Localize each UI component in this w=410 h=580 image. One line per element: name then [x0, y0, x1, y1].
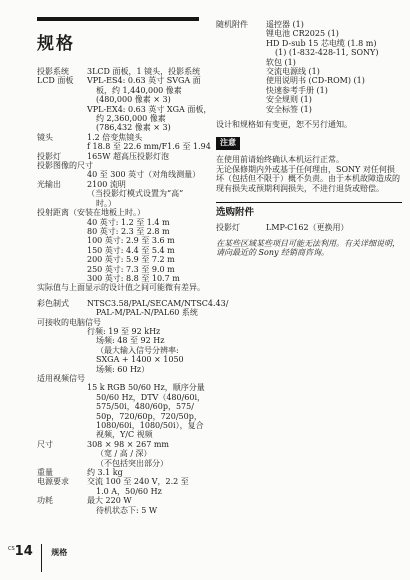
- spec-row: 可接收的电脑信号行频: 19 至 92 kHz场频: 48 至 92 Hz（最大…: [37, 318, 205, 374]
- spec-label: 功耗: [37, 496, 87, 515]
- footer-page-number: 14: [15, 544, 33, 558]
- spec-row: 投影灯LMP-C162（更换用）: [216, 223, 402, 232]
- spec-value-line: 安全规则 (1): [266, 95, 402, 104]
- spec-value-line: (480,000 像素 × 3): [87, 95, 205, 104]
- spec-row: 镜头1.2 倍变焦镜头f 18.8 至 22.6 mm/F1.6 至 1.94: [37, 133, 205, 152]
- spec-value-line: 40 至 300 英寸（对角线测量）: [87, 170, 205, 179]
- page-footer: CS 14 规格: [8, 544, 67, 572]
- spec-value-line: （不包括突出部分）: [87, 459, 205, 468]
- title-rule: [37, 17, 199, 21]
- spec-value-line: 快速参考手册 (1): [266, 86, 402, 95]
- spec-values: 15 k RGB 50/60 Hz，顺序分量50/60 Hz，DTV（480/6…: [87, 383, 205, 439]
- footer-section-title: 规格: [51, 544, 67, 558]
- spec-value-line: 50p，720/60p，720/50p，: [87, 412, 205, 421]
- spec-value-line: 视频，Y/C 视频: [87, 430, 205, 439]
- spec-value-line: 250 英寸: 7.3 至 9.0 m: [87, 265, 205, 274]
- spec-label: 适用视频信号: [37, 374, 205, 383]
- spec-label: 光输出: [37, 180, 87, 208]
- spec-values: 2100 流明（当投影灯模式设置为“高”时。）: [87, 180, 205, 208]
- spec-values: 3LCD 面板，1 镜头，投影系统: [87, 67, 205, 76]
- spec-value-line: 待机状态下: 5 W: [87, 506, 205, 515]
- spec-values: VPL-ES4: 0.63 英寸 SVGA 面板，约 1,440,000 像素(…: [87, 76, 205, 132]
- spec-value-line: 150 英寸: 4.4 至 5.4 m: [87, 246, 205, 255]
- spec-row: LCD 面板VPL-ES4: 0.63 英寸 SVGA 面板，约 1,440,0…: [37, 76, 205, 132]
- spec-value-line: 锂电池 CR2025 (1): [266, 29, 402, 38]
- page-title: 规格: [37, 29, 205, 54]
- left-column: 规格 投影系统3LCD 面板，1 镜头，投影系统LCD 面板VPL-ES4: 0…: [37, 17, 205, 515]
- spec-row: 光输出2100 流明（当投影灯模式设置为“高”时。）: [37, 180, 205, 208]
- spec-row: 随机附件遥控器 (1)锂电池 CR2025 (1)HD D-sub 15 芯电缆…: [216, 20, 402, 114]
- spec-values: 最大 220 W待机状态下: 5 W: [87, 496, 205, 515]
- page-columns: 规格 投影系统3LCD 面板，1 镜头，投影系统LCD 面板VPL-ES4: 0…: [0, 0, 410, 515]
- right-column: 随机附件遥控器 (1)锂电池 CR2025 (1)HD D-sub 15 芯电缆…: [216, 17, 402, 515]
- spec-value-line: 100 英寸: 2.9 至 3.6 m: [87, 236, 205, 245]
- spec-label: 投影系统: [37, 67, 87, 76]
- spec-row: 适用视频信号15 k RGB 50/60 Hz，顺序分量50/60 Hz，DTV…: [37, 374, 205, 440]
- spec-label: 尺寸: [37, 440, 87, 468]
- footer-language-code: CS: [8, 544, 15, 552]
- spec-row: 尺寸308 × 98 × 267 mm（宽 / 高 / 深）（不包括突出部分）: [37, 440, 205, 468]
- spec-value-line: 50/60 Hz，DTV（480/60i，: [87, 393, 205, 402]
- spec-row: 电源要求交流 100 至 240 V，2.2 至1.0 A，50/60 Hz: [37, 477, 205, 496]
- spec-value-line: 3LCD 面板，1 镜头，投影系统: [87, 67, 205, 76]
- spec-value-line: 80 英寸: 2.3 至 2.8 m: [87, 227, 205, 236]
- spec-value-line: 软包 (1): [266, 58, 402, 67]
- spec-value-line: (786,432 像素 × 3): [87, 123, 205, 132]
- spec-row: 功耗最大 220 W待机状态下: 5 W: [37, 496, 205, 515]
- spec-label: 投射距离（安装在地板上时。）: [37, 208, 205, 217]
- spec-value-line: 1.0 A，50/60 Hz: [87, 487, 205, 496]
- spec-label: 随机附件: [216, 20, 266, 114]
- spec-value-line: 1.2 倍变焦镜头: [87, 133, 205, 142]
- spec-value-line: f 18.8 至 22.6 mm/F1.6 至 1.94: [87, 142, 205, 151]
- spec-value-line: PAL-M/PAL-N/PAL60 系统: [87, 308, 205, 317]
- spec-values: 165W 超高压投影灯泡: [87, 152, 205, 161]
- spec-value-line: （最大输入信号分辨率:: [87, 346, 205, 355]
- spec-row: 彩色制式NTSC3.58/PAL/SECAM/NTSC4.43/PAL-M/PA…: [37, 299, 205, 318]
- note-badge: 注意: [216, 137, 240, 150]
- spec-label: 可接收的电脑信号: [37, 318, 205, 327]
- spec-label: 投影灯: [216, 223, 266, 232]
- spec-value-line: 遥控器 (1): [266, 20, 402, 29]
- spec-values: 1.2 倍变焦镜头f 18.8 至 22.6 mm/F1.6 至 1.94: [87, 133, 205, 152]
- spec-values: 308 × 98 × 267 mm（宽 / 高 / 深）（不包括突出部分）: [87, 440, 205, 468]
- spec-value-line: 575/50i，480/60p，575/: [87, 402, 205, 411]
- spec-value-line: 交流 100 至 240 V，2.2 至: [87, 477, 205, 486]
- spec-label: 彩色制式: [37, 299, 87, 318]
- spec-value-line: 时。）: [87, 199, 205, 208]
- spec-value-line: NTSC3.58/PAL/SECAM/NTSC4.43/: [87, 299, 205, 308]
- spec-value-line: 300 英寸: 8.8 至 10.7 m: [87, 274, 205, 283]
- spec-value-line: 安全标签 (1): [266, 105, 402, 114]
- spec-value-line: 165W 超高压投影灯泡: [87, 152, 205, 161]
- left-column-specs: 投影系统3LCD 面板，1 镜头，投影系统LCD 面板VPL-ES4: 0.63…: [37, 67, 205, 515]
- spec-row: 投影灯165W 超高压投影灯泡: [37, 152, 205, 161]
- spec-value-line: 40 英寸: 1.2 至 1.4 m: [87, 218, 205, 227]
- spec-value-line: 308 × 98 × 267 mm: [87, 440, 205, 449]
- spec-label: 镜头: [37, 133, 87, 152]
- spec-value-line: 场频: 60 Hz）: [87, 365, 205, 374]
- right-column-specs: 随机附件遥控器 (1)锂电池 CR2025 (1)HD D-sub 15 芯电缆…: [216, 20, 402, 258]
- spec-values: 遥控器 (1)锂电池 CR2025 (1)HD D-sub 15 芯电缆 (1.…: [266, 20, 402, 114]
- spec-values: NTSC3.58/PAL/SECAM/NTSC4.43/PAL-M/PAL-N/…: [87, 299, 205, 318]
- spec-value-line: SXGA + 1400 × 1050: [87, 355, 205, 364]
- spec-values: 行频: 19 至 92 kHz场频: 48 至 92 Hz（最大输入信号分辨率:…: [87, 327, 205, 374]
- note-paragraph: 设计和规格如有变更，恕不另行通知。: [216, 120, 402, 129]
- spec-value-line: 使用说明书 (CD-ROM) (1): [266, 76, 402, 85]
- section-divider: [216, 202, 402, 203]
- spec-row: 投影系统3LCD 面板，1 镜头，投影系统: [37, 67, 205, 76]
- spec-value-line: （当投影灯模式设置为“高”: [87, 189, 205, 198]
- spec-value-line: （宽 / 高 / 深）: [87, 449, 205, 458]
- spec-value-line: 2100 流明: [87, 180, 205, 189]
- spec-row: 投射距离（安装在地板上时。）40 英寸: 1.2 至 1.4 m80 英寸: 2…: [37, 208, 205, 283]
- spec-value-line: 行频: 19 至 92 kHz: [87, 327, 205, 336]
- spec-label: LCD 面板: [37, 76, 87, 132]
- spec-values: LMP-C162（更换用）: [266, 223, 402, 232]
- spec-value-line: 200 英寸: 5.9 至 7.2 m: [87, 255, 205, 264]
- spec-row: 投影图像的尺寸40 至 300 英寸（对角线测量）: [37, 161, 205, 180]
- spec-value-line: 板，约 1,440,000 像素: [87, 86, 205, 95]
- spec-value-line: LMP-C162（更换用）: [266, 223, 402, 232]
- spec-value-line: 场频: 48 至 92 Hz: [87, 336, 205, 345]
- footer-divider: [41, 544, 43, 572]
- spec-value-line: 最大 220 W: [87, 496, 205, 505]
- spec-value-line: 15 k RGB 50/60 Hz，顺序分量: [87, 383, 205, 392]
- note-paragraph: 实际值与上面显示的设计值之间可能微有差异。: [37, 283, 205, 292]
- spec-values: 40 至 300 英寸（对角线测量）: [87, 170, 205, 179]
- spec-value-line: VPL-ES4: 0.63 英寸 SVGA 面: [87, 76, 205, 85]
- spec-values: 40 英寸: 1.2 至 1.4 m80 英寸: 2.3 至 2.8 m100 …: [87, 218, 205, 284]
- spec-label: 电源要求: [37, 477, 87, 496]
- note-paragraph: 在某些区域某些项目可能无法利用。有关详细说明，请向最近的 Sony 经销商咨询。: [216, 239, 402, 258]
- section-heading: 选购附件: [216, 208, 402, 217]
- spec-values: 交流 100 至 240 V，2.2 至1.0 A，50/60 Hz: [87, 477, 205, 496]
- note-paragraph: 在使用前请始终确认本机运行正常。 无论保修期内外或基于任何理由，SONY 对任何…: [216, 155, 402, 193]
- spec-value-line: (1) (1-832-428-11, SONY): [266, 48, 402, 57]
- spec-value-line: HD D-sub 15 芯电缆 (1.8 m): [266, 39, 402, 48]
- spec-label: 投影灯: [37, 152, 87, 161]
- spec-value-line: VPL-EX4: 0.63 英寸 XGA 面板，: [87, 105, 205, 114]
